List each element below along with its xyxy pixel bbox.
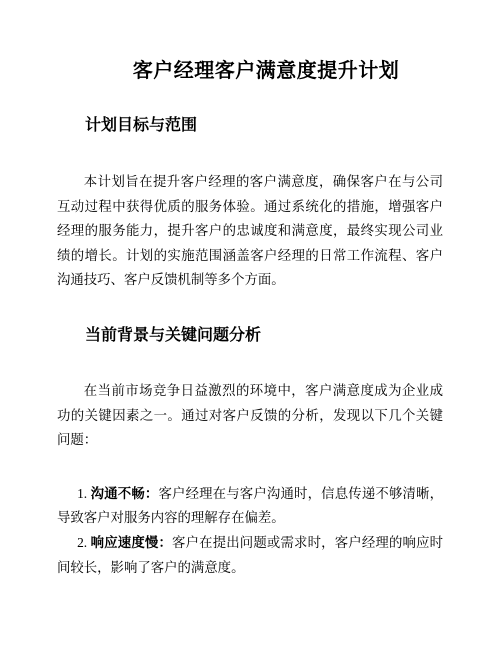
document-title: 客户经理客户满意度提升计划 xyxy=(89,58,443,84)
section-paragraph-goals: 本计划旨在提升客户经理的客户满意度，确保客户在与公司互动过程中获得优质的服务体验… xyxy=(57,170,443,293)
issue-term: 响应速度慢： xyxy=(91,535,172,550)
section-heading-background: 当前背景与关键问题分析 xyxy=(85,324,443,348)
issue-item-response-speed: 2. 响应速度慢：客户在提出问题或需求时，客户经理的响应时间较长，影响了客户的满… xyxy=(57,531,443,580)
issue-term: 沟通不畅： xyxy=(91,486,159,501)
issue-list: 1. 沟通不畅：客户经理在与客户沟通时，信息传递不够清晰，导致客户对服务内容的理… xyxy=(57,482,443,580)
section-paragraph-background: 在当前市场竞争日益激烈的环境中，客户满意度成为企业成功的关键因素之一。通过对客户… xyxy=(57,379,443,453)
issue-number: 1. xyxy=(77,486,91,501)
document-page: 客户经理客户满意度提升计划 计划目标与范围 本计划旨在提升客户经理的客户满意度，… xyxy=(0,0,500,647)
issue-number: 2. xyxy=(77,535,91,550)
issue-item-communication: 1. 沟通不畅：客户经理在与客户沟通时，信息传递不够清晰，导致客户对服务内容的理… xyxy=(57,482,443,531)
section-heading-goals: 计划目标与范围 xyxy=(85,114,443,138)
